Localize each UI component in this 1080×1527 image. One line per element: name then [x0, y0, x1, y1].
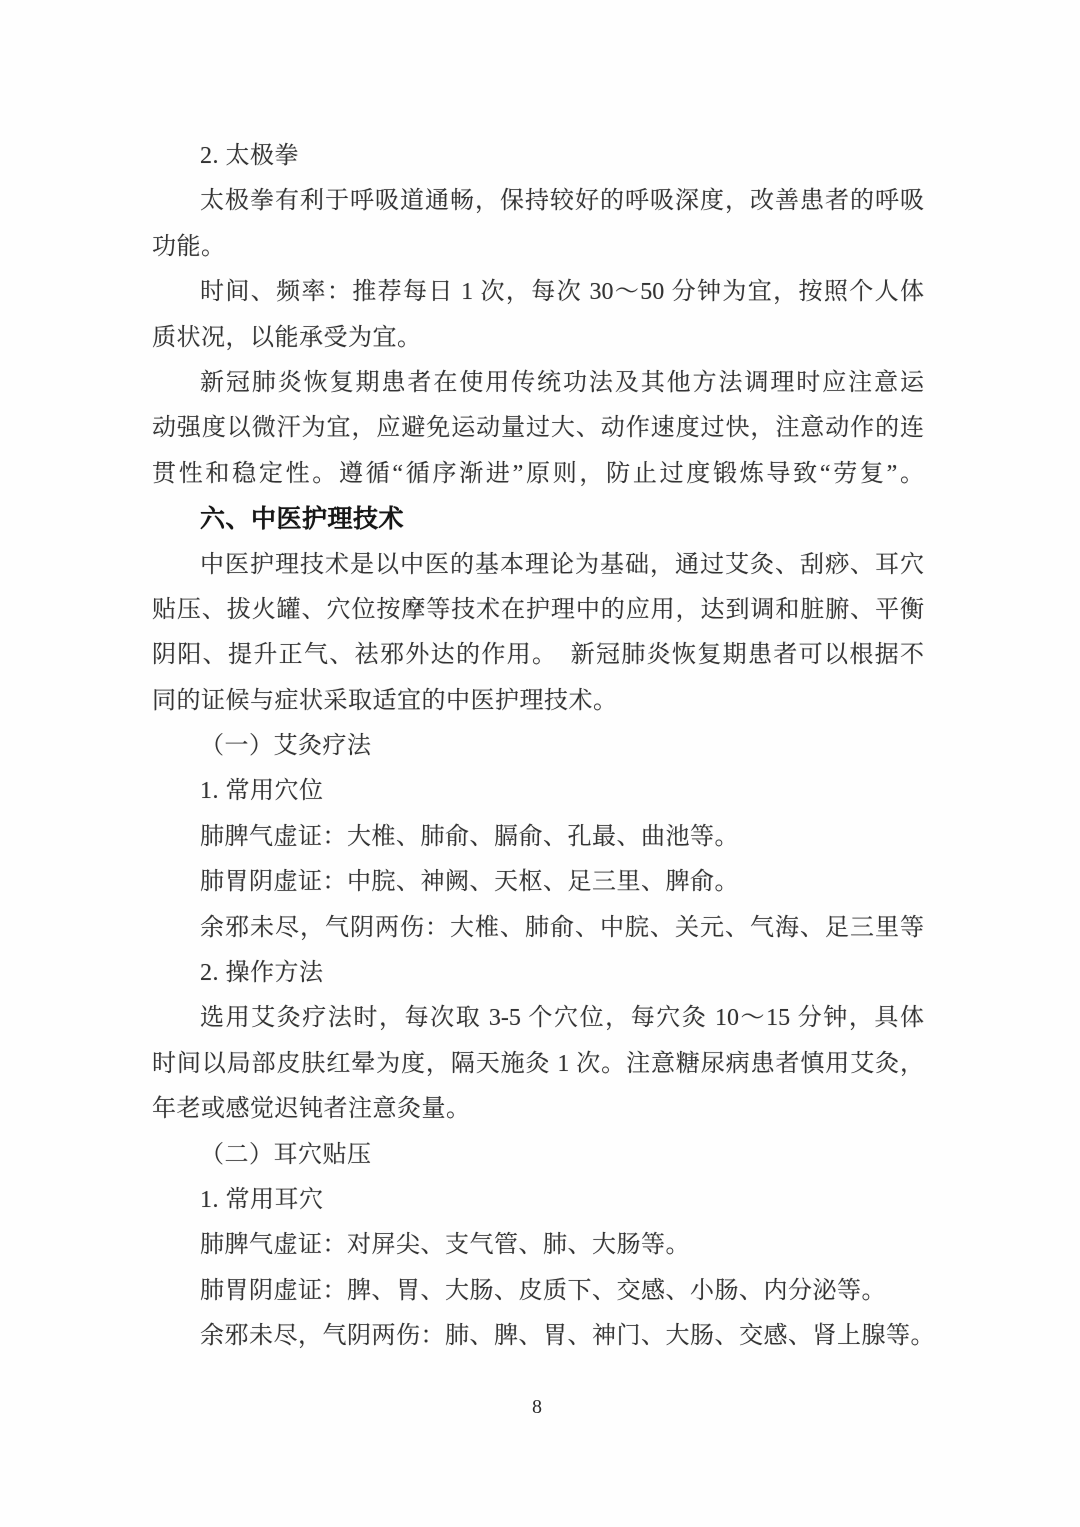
text-line: 1. 常用耳穴: [152, 1178, 924, 1223]
text-line: 年老或感觉迟钝者注意灸量。: [152, 1087, 924, 1132]
text-line: （二）耳穴贴压: [152, 1133, 924, 1178]
text-line: 时间以局部皮肤红晕为度，隔天施灸 1 次。注意糖尿病患者慎用艾灸，: [152, 1042, 924, 1087]
text-block: 2. 太极拳太极拳有利于呼吸道通畅，保持较好的呼吸深度，改善患者的呼吸功能。时间…: [152, 134, 924, 1360]
text-line: 同的证候与症状采取适宜的中医护理技术。: [152, 679, 924, 724]
text-line: 动强度以微汗为宜，应避免运动量过大、动作速度过快，注意动作的连: [152, 406, 924, 451]
section-heading: 六、中医护理技术: [152, 497, 924, 542]
text-line: 选用艾灸疗法时，每次取 3-5 个穴位，每穴灸 10～15 分钟，具体: [152, 996, 924, 1041]
document-page: 2. 太极拳太极拳有利于呼吸道通畅，保持较好的呼吸深度，改善患者的呼吸功能。时间…: [0, 0, 1080, 1527]
text-line: 余邪未尽，气阴两伤：肺、脾、胃、神门、大肠、交感、肾上腺等。: [152, 1314, 924, 1359]
text-line: （一）艾灸疗法: [152, 724, 924, 769]
text-line: 肺胃阴虚证：脾、胃、大肠、皮质下、交感、小肠、内分泌等。: [152, 1269, 924, 1314]
text-line: 肺胃阴虚证：中脘、神阙、天枢、足三里、脾俞。: [152, 860, 924, 905]
text-line: 贯性和稳定性。遵循“循序渐进”原则，防止过度锻炼导致“劳复”。: [152, 452, 924, 497]
text-line: 肺脾气虚证：对屏尖、支气管、肺、大肠等。: [152, 1223, 924, 1268]
text-line: 功能。: [152, 225, 924, 270]
text-line: 中医护理技术是以中医的基本理论为基础，通过艾灸、刮痧、耳穴: [152, 543, 924, 588]
text-line: 太极拳有利于呼吸道通畅，保持较好的呼吸深度，改善患者的呼吸: [152, 179, 924, 224]
text-line: 时间、频率：推荐每日 1 次，每次 30～50 分钟为宜，按照个人体: [152, 270, 924, 315]
text-line: 新冠肺炎恢复期患者在使用传统功法及其他方法调理时应注意运: [152, 361, 924, 406]
text-line: 贴压、拔火罐、穴位按摩等技术在护理中的应用，达到调和脏腑、平衡: [152, 588, 924, 633]
text-line: 肺脾气虚证：大椎、肺俞、膈俞、孔最、曲池等。: [152, 815, 924, 860]
text-line: 1. 常用穴位: [152, 769, 924, 814]
text-line: 阴阳、提升正气、祛邪外达的作用。 新冠肺炎恢复期患者可以根据不: [152, 633, 924, 678]
page-number: 8: [0, 1392, 1074, 1422]
text-line: 余邪未尽，气阴两伤：大椎、肺俞、中脘、关元、气海、足三里等: [152, 906, 924, 951]
text-line: 2. 太极拳: [152, 134, 924, 179]
text-line: 质状况，以能承受为宜。: [152, 316, 924, 361]
text-line: 2. 操作方法: [152, 951, 924, 996]
